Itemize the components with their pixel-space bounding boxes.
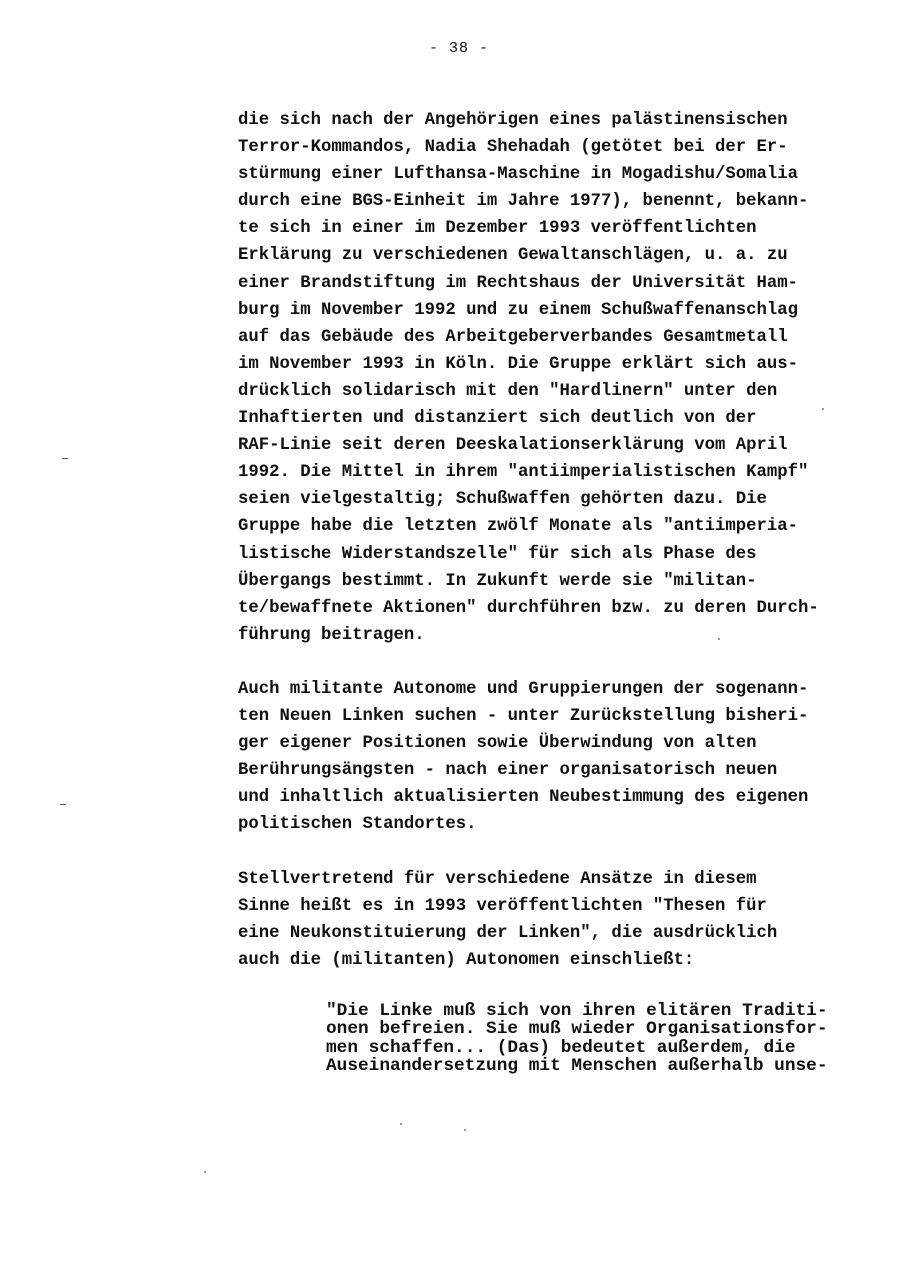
text-line: führung beitragen. xyxy=(238,622,878,649)
block-quote: "Die Linke muß sich von ihren elitären T… xyxy=(326,1002,866,1075)
paragraph-1: die sich nach der Angehörigen eines palä… xyxy=(238,107,878,649)
quote-line: onen befreien. Sie muß wieder Organisati… xyxy=(326,1020,866,1038)
text-line: Gruppe habe die letzten zwölf Monate als… xyxy=(238,513,878,540)
text-line: Berührungsängsten - nach einer organisat… xyxy=(238,757,878,784)
paragraph-2: Auch militante Autonome und Gruppierunge… xyxy=(238,676,878,839)
text-line: auch die (militanten) Autonomen einschli… xyxy=(238,947,878,974)
scan-speck xyxy=(464,1129,466,1131)
text-line: Übergangs bestimmt. In Zukunft werde sie… xyxy=(238,568,878,595)
text-line: Terror-Kommandos, Nadia Shehadah (getöte… xyxy=(238,134,878,161)
page-number: - 38 - xyxy=(0,40,900,57)
text-line: te/bewaffnete Aktionen" durchführen bzw.… xyxy=(238,595,878,622)
text-line: im November 1993 in Köln. Die Gruppe erk… xyxy=(238,351,878,378)
text-line: Stellvertretend für verschiedene Ansätze… xyxy=(238,866,878,893)
text-line: RAF-Linie seit deren Deeskalationserklär… xyxy=(238,432,878,459)
paragraph-3: Stellvertretend für verschiedene Ansätze… xyxy=(238,866,878,974)
quote-line: "Die Linke muß sich von ihren elitären T… xyxy=(326,1002,866,1020)
scan-mark xyxy=(60,804,66,805)
text-line: politischen Standortes. xyxy=(238,811,878,838)
quote-line: men schaffen... (Das) bedeutet außerdem,… xyxy=(326,1039,866,1057)
text-line: seien vielgestaltig; Schußwaffen gehörte… xyxy=(238,486,878,513)
text-line: die sich nach der Angehörigen eines palä… xyxy=(238,107,878,134)
text-line: ger eigener Positionen sowie Überwindung… xyxy=(238,730,878,757)
text-line: Auch militante Autonome und Gruppierunge… xyxy=(238,676,878,703)
scan-speck xyxy=(822,408,824,410)
text-line: einer Brandstiftung im Rechtshaus der Un… xyxy=(238,270,878,297)
text-line: listische Widerstandszelle" für sich als… xyxy=(238,541,878,568)
scan-speck xyxy=(400,1123,402,1125)
quote-line: Auseinandersetzung mit Menschen außerhal… xyxy=(326,1057,866,1075)
text-line: ten Neuen Linken suchen - unter Zurückst… xyxy=(238,703,878,730)
text-line: burg im November 1992 und zu einem Schuß… xyxy=(238,297,878,324)
text-line: 1992. Die Mittel in ihrem "antiimperiali… xyxy=(238,459,878,486)
text-line: te sich in einer im Dezember 1993 veröff… xyxy=(238,215,878,242)
text-line: drücklich solidarisch mit den "Hardliner… xyxy=(238,378,878,405)
scan-mark xyxy=(62,458,68,459)
text-line: Inhaftierten und distanziert sich deutli… xyxy=(238,405,878,432)
text-line: Erklärung zu verschiedenen Gewaltanschlä… xyxy=(238,242,878,269)
text-line: Sinne heißt es in 1993 veröffentlichten … xyxy=(238,893,878,920)
scan-speck xyxy=(204,1171,206,1173)
text-line: durch eine BGS-Einheit im Jahre 1977), b… xyxy=(238,188,878,215)
scan-speck xyxy=(718,638,720,640)
text-line: und inhaltlich aktualisierten Neubestimm… xyxy=(238,784,878,811)
text-line: stürmung einer Lufthansa-Maschine in Mog… xyxy=(238,161,878,188)
text-line: auf das Gebäude des Arbeitgeberverbandes… xyxy=(238,324,878,351)
body-text: die sich nach der Angehörigen eines palä… xyxy=(238,107,878,1001)
text-line: eine Neukonstituierung der Linken", die … xyxy=(238,920,878,947)
